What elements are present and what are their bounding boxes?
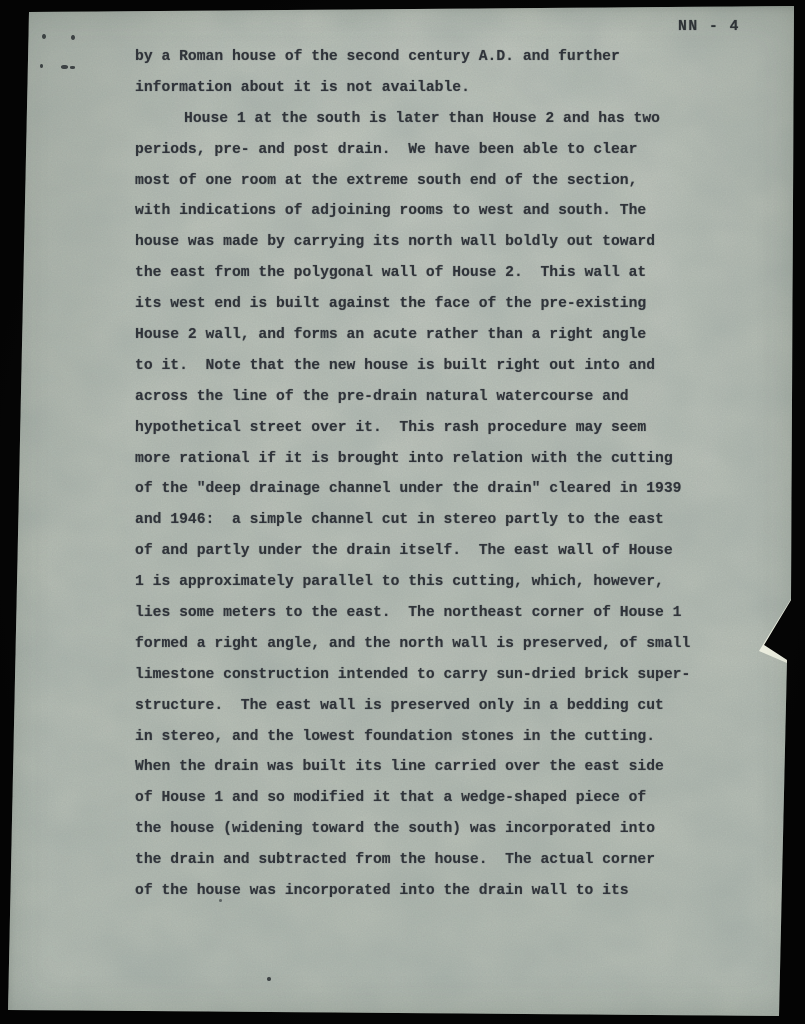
- text-line: of the "deep drainage channel under the …: [135, 474, 715, 505]
- text-line: across the line of the pre-drain natural…: [135, 382, 715, 413]
- paper-page: NN - 4 by a Roman house of the second ce…: [0, 0, 805, 1024]
- ink-speck: [267, 977, 271, 981]
- ink-speck: [70, 66, 75, 69]
- text-line: hypothetical street over it. This rash p…: [135, 413, 715, 444]
- typewritten-body: by a Roman house of the second century A…: [135, 42, 715, 907]
- text-line: the east from the polygonal wall of Hous…: [135, 258, 715, 289]
- ink-speck: [40, 64, 43, 68]
- ink-speck: [71, 35, 75, 40]
- text-line: in stereo, and the lowest foundation sto…: [135, 722, 715, 753]
- text-line: periods, pre- and post drain. We have be…: [135, 135, 715, 166]
- ink-speck: [219, 899, 222, 902]
- text-line: its west end is built against the face o…: [135, 289, 715, 320]
- text-line: of House 1 and so modified it that a wed…: [135, 783, 715, 814]
- text-line: of the house was incorporated into the d…: [135, 876, 715, 907]
- scanned-document: NN - 4 by a Roman house of the second ce…: [0, 0, 805, 1024]
- ink-speck: [42, 34, 46, 39]
- text-line: When the drain was built its line carrie…: [135, 752, 715, 783]
- text-line: lies some meters to the east. The northe…: [135, 598, 715, 629]
- page-number: NN - 4: [678, 16, 740, 38]
- text-line: information about it is not available.: [135, 73, 715, 104]
- text-line: House 1 at the south is later than House…: [135, 104, 715, 135]
- ink-speck: [61, 65, 68, 69]
- text-line: of and partly under the drain itself. Th…: [135, 536, 715, 567]
- text-line: formed a right angle, and the north wall…: [135, 629, 715, 660]
- text-line: the drain and subtracted from the house.…: [135, 845, 715, 876]
- text-line: and 1946: a simple channel cut in stereo…: [135, 505, 715, 536]
- text-line: by a Roman house of the second century A…: [135, 42, 715, 73]
- text-line: more rational if it is brought into rela…: [135, 444, 715, 475]
- text-line: with indications of adjoining rooms to w…: [135, 196, 715, 227]
- text-line: 1 is approximately parallel to this cutt…: [135, 567, 715, 598]
- text-line: structure. The east wall is preserved on…: [135, 691, 715, 722]
- text-line: the house (widening toward the south) wa…: [135, 814, 715, 845]
- text-line: to it. Note that the new house is built …: [135, 351, 715, 382]
- text-line: limestone construction intended to carry…: [135, 660, 715, 691]
- text-line: house was made by carrying its north wal…: [135, 227, 715, 258]
- text-line: House 2 wall, and forms an acute rather …: [135, 320, 715, 351]
- text-line: most of one room at the extreme south en…: [135, 166, 715, 197]
